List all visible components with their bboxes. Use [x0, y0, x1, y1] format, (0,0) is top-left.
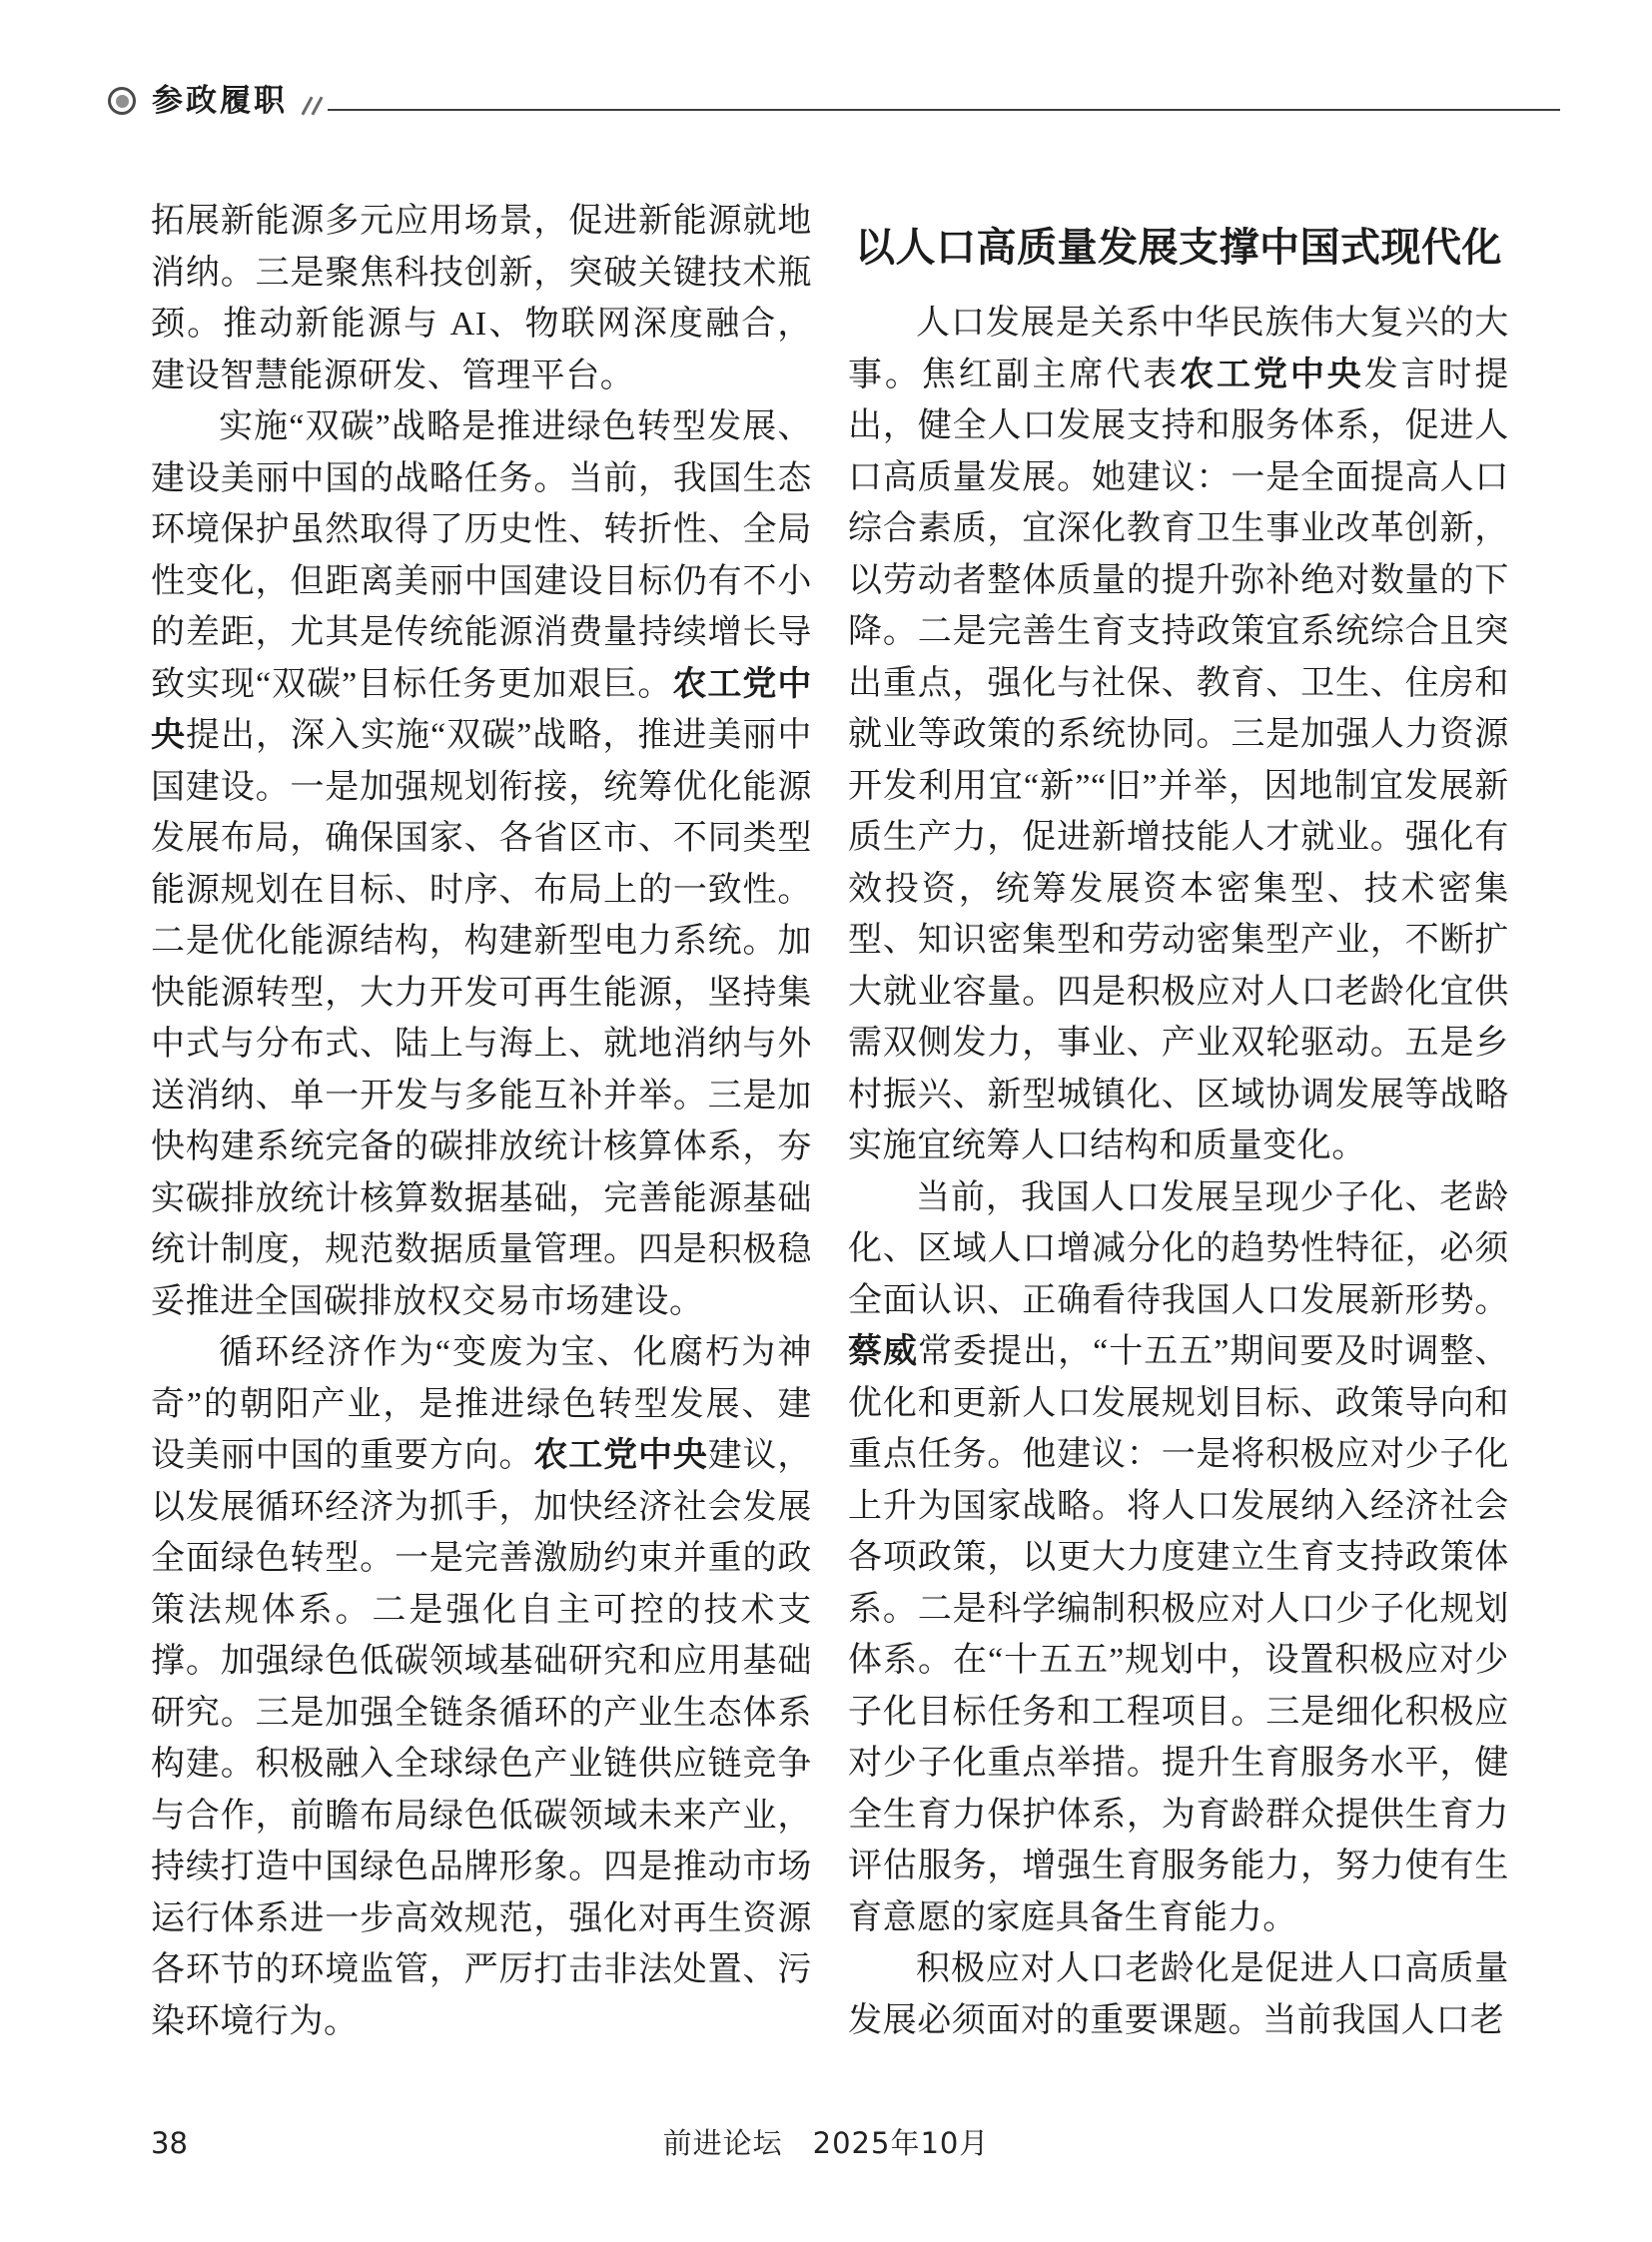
bullseye-icon	[108, 87, 136, 115]
page-footer: 38 前进论坛 2025年10月	[0, 2121, 1652, 2165]
section-label: 参政履职	[152, 84, 288, 118]
emphasized-text: 蔡威	[848, 1333, 918, 1370]
header-rule	[298, 84, 1560, 118]
body-text: 提出，深入实施“双碳”战略，推进美丽中国建设。一是加强规划衔接，统筹优化能源发展…	[151, 717, 812, 1320]
paragraph: 实施“双碳”战略是推进绿色转型发展、建设美丽中国的战略任务。当前，我国生态环境保…	[151, 401, 812, 1327]
journal-name: 前进论坛	[663, 2126, 783, 2160]
magazine-page: 参政履职 拓展新能源多元应用场景，促进新能源就地消纳。三是聚焦科技创新，突破关键…	[0, 0, 1652, 2242]
body-text: 实施“双碳”战略是推进绿色转型发展、建设美丽中国的战略任务。当前，我国生态环境保…	[151, 408, 812, 703]
left-column: 拓展新能源多元应用场景，促进新能源就地消纳。三是聚焦科技创新，突破关键技术瓶颈。…	[151, 196, 812, 2047]
page-header: 参政履职	[108, 84, 1560, 118]
body-text: 当前，我国人口发展呈现少子化、老龄化、区域人口增减分化的趋势性特征，必须全面认识…	[848, 1179, 1509, 1319]
header-rule-line	[328, 109, 1560, 111]
body-text: 发言时提出，健全人口发展支持和服务体系，促进人口高质量发展。她建议：一是全面提高…	[848, 357, 1509, 1165]
paragraph: 拓展新能源多元应用场景，促进新能源就地消纳。三是聚焦科技创新，突破关键技术瓶颈。…	[151, 196, 812, 401]
body-text: 积极应对人口老龄化是促进人口高质量发展必须面对的重要课题。当前我国人口老	[848, 1950, 1509, 2039]
footer-separator	[783, 2126, 813, 2160]
right-column: 以人口高质量发展支撑中国式现代化 人口发展是关系中华民族伟大复兴的大事。焦红副主…	[848, 196, 1509, 2046]
paragraph: 循环经济作为“变废为宝、化腐朽为神奇”的朝阳产业，是推进绿色转型发展、建设美丽中…	[151, 1327, 812, 2047]
body-text: 建议，以发展循环经济为抓手，加快经济社会发展全面绿色转型。一是完善激励约束并重的…	[151, 1437, 812, 2040]
body-text: 拓展新能源多元应用场景，促进新能源就地消纳。三是聚焦科技创新，突破关键技术瓶颈。…	[151, 203, 812, 394]
paragraph: 人口发展是关系中华民族伟大复兴的大事。焦红副主席代表农工党中央发言时提出，健全人…	[848, 298, 1509, 1172]
issue-date: 2025年10月	[813, 2126, 990, 2160]
emphasized-text: 农工党中央	[533, 1437, 707, 1474]
rule-slash-decoration	[311, 96, 323, 115]
paragraph: 积极应对人口老龄化是促进人口高质量发展必须面对的重要课题。当前我国人口老	[848, 1943, 1509, 2046]
emphasized-text: 农工党中央	[1180, 357, 1364, 393]
article-heading: 以人口高质量发展支撑中国式现代化	[848, 224, 1509, 272]
right-column-body: 人口发展是关系中华民族伟大复兴的大事。焦红副主席代表农工党中央发言时提出，健全人…	[848, 298, 1509, 2046]
body-text: 常委提出，“十五五”期间要及时调整、优化和更新人口发展规划目标、政策导向和重点任…	[848, 1333, 1509, 1936]
paragraph: 当前，我国人口发展呈现少子化、老龄化、区域人口增减分化的趋势性特征，必须全面认识…	[848, 1172, 1509, 1944]
journal-footer-line: 前进论坛 2025年10月	[0, 2121, 1652, 2165]
